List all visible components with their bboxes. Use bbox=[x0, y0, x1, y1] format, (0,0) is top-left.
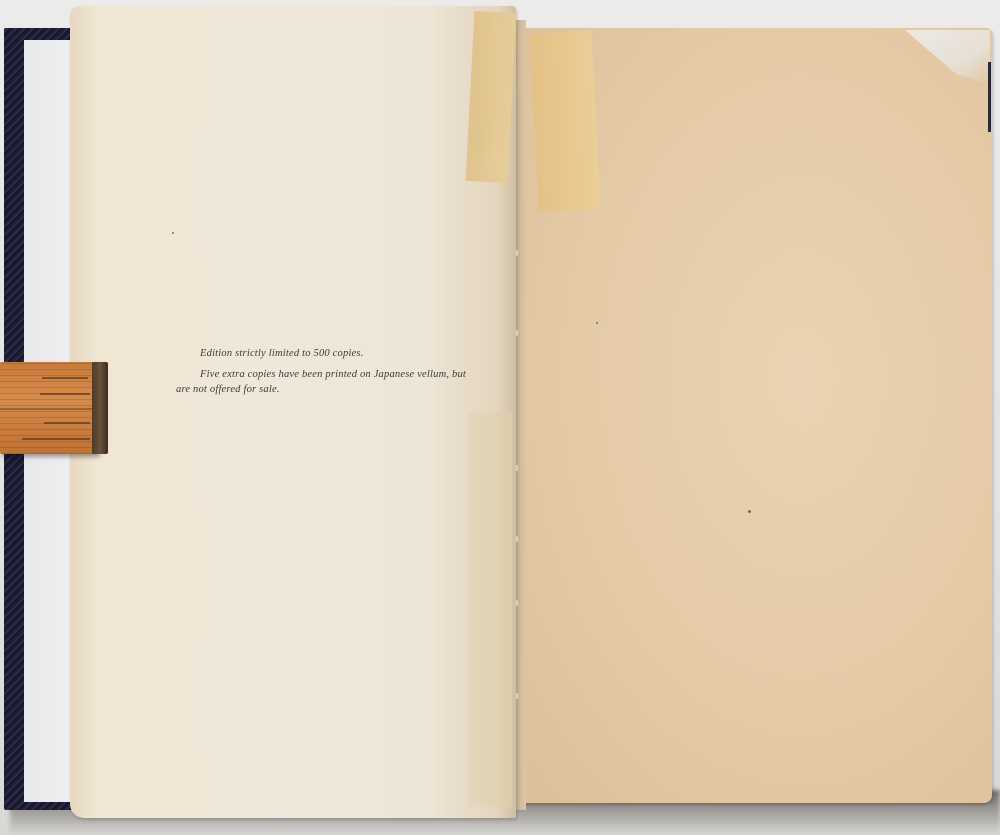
book-photo: Edition strictly limited to 500 copies. … bbox=[0, 0, 1000, 835]
limitation-line-1: Edition strictly limited to 500 copies. bbox=[176, 346, 476, 361]
tape-strip bbox=[529, 30, 600, 211]
wooden-clip-end bbox=[92, 362, 108, 454]
cover-edge bbox=[988, 62, 991, 132]
limitation-line-2: Five extra copies have been printed on J… bbox=[176, 367, 476, 397]
wood-grain bbox=[42, 377, 88, 379]
clip-seam bbox=[0, 408, 92, 410]
foxing-spot bbox=[596, 322, 598, 324]
wood-grain bbox=[40, 393, 90, 395]
tape-strip bbox=[468, 412, 512, 807]
left-page bbox=[70, 6, 516, 818]
wood-grain bbox=[44, 422, 90, 424]
foxing-spot bbox=[172, 232, 174, 234]
wood-grain bbox=[22, 438, 90, 440]
limitation-notice: Edition strictly limited to 500 copies. … bbox=[176, 346, 476, 397]
tape-strip bbox=[466, 11, 517, 183]
foxing-spot bbox=[748, 510, 751, 513]
